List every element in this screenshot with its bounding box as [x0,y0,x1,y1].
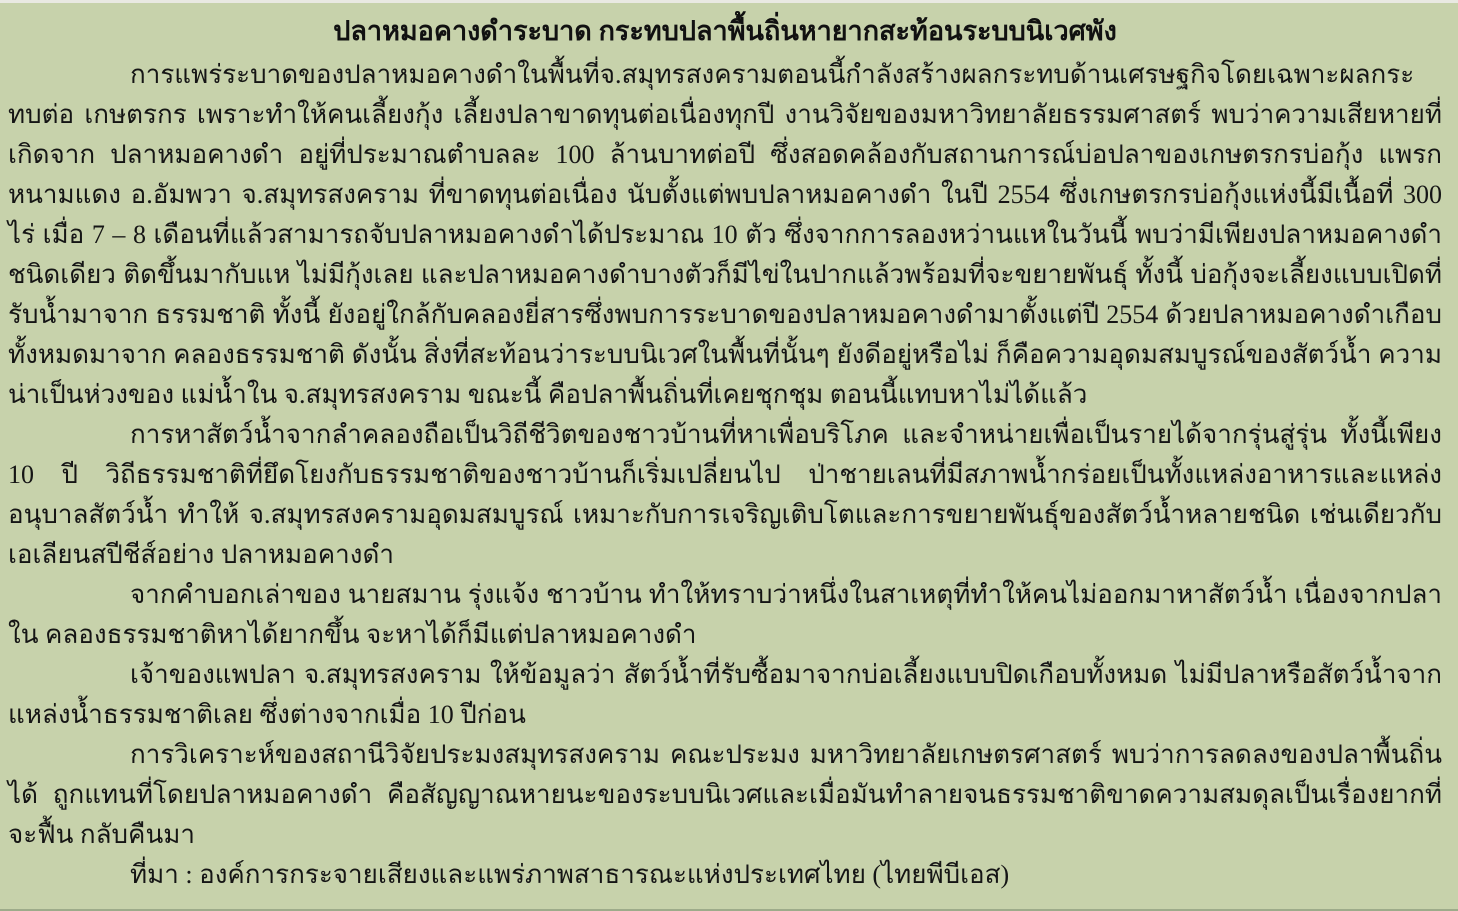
article-body: ปลาหมอคางดำระบาด กระทบปลาพื้นถิ่นหายากสะ… [0,3,1458,895]
document-page: ปลาหมอคางดำระบาด กระทบปลาพื้นถิ่นหายากสะ… [0,0,1458,911]
article-title: ปลาหมอคางดำระบาด กระทบปลาพื้นถิ่นหายากสะ… [8,11,1442,51]
article-paragraph-1: การแพร่ระบาดของปลาหมอคางดำในพื้นที่จ.สมุ… [8,55,1442,415]
article-paragraph-4: เจ้าของแพปลา จ.สมุทรสงคราม ให้ข้อมูลว่า … [8,655,1442,735]
article-paragraph-5: การวิเคราะห์ของสถานีวิจัยประมงสมุทรสงครา… [8,735,1442,855]
source-attribution: ที่มา : องค์การกระจายเสียงและแพร่ภาพสาธา… [8,855,1442,895]
article-paragraph-2: การหาสัตว์น้ำจากลำคลองถือเป็นวิถีชีวิตขอ… [8,415,1442,575]
article-paragraph-3: จากคำบอกเล่าของ นายสมาน รุ่งแจ้ง ชาวบ้าน… [8,575,1442,655]
